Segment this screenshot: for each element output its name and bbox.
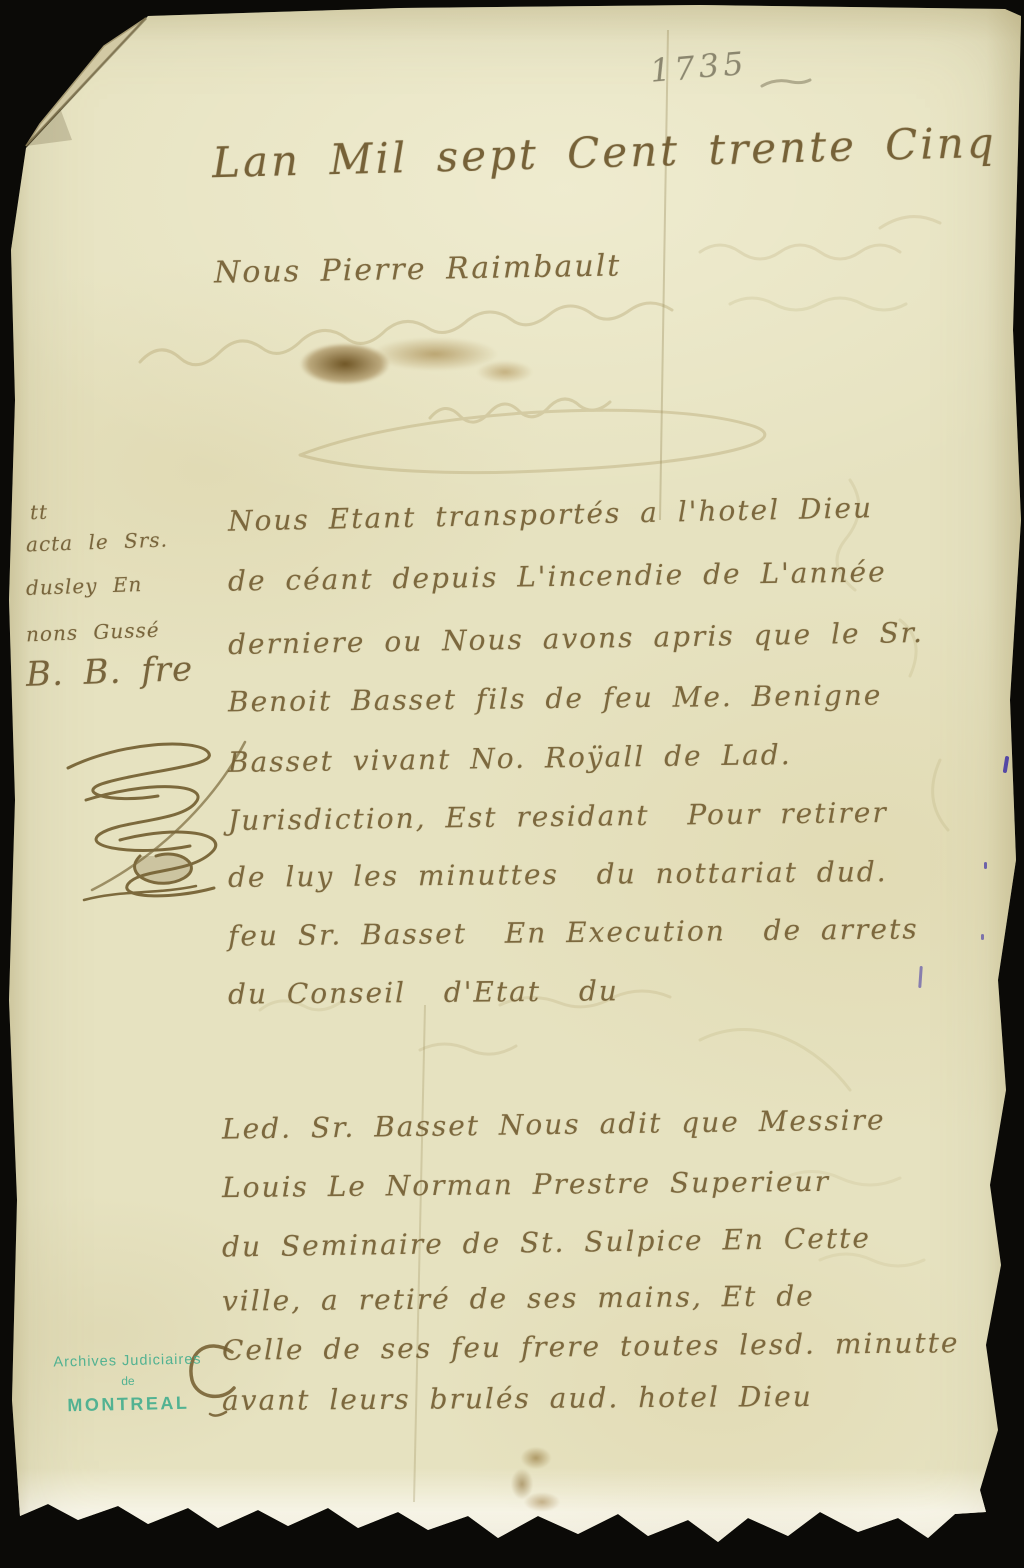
notary-paraph <box>68 742 245 900</box>
officer-name-line: Nous Pierre Raimbault <box>214 248 622 290</box>
handwriting-line: Celle de ses feu frere toutes lesd. minu… <box>222 1326 960 1367</box>
margin-note-line: acta le Srs. <box>26 528 169 557</box>
archive-stamp: Archives Judiciaires de MONTREAL <box>39 1348 216 1421</box>
stamp-line-3: MONTREAL <box>40 1389 217 1421</box>
document-page: 1735 Lan Mil sept Cent trente Cinq Nous … <box>0 0 1024 1568</box>
handwriting-line: Led. Sr. Basset Nous adit que Messire <box>222 1103 886 1145</box>
handwriting-line: Louis Le Norman Prestre Superieur <box>222 1165 830 1204</box>
handwriting-line: du Seminaire de St. Sulpice En Cette <box>222 1221 871 1263</box>
handwriting-line: de luy les minuttes du nottariat dud. <box>228 855 888 894</box>
stamp-line-1: Archives Judiciaires <box>39 1348 215 1374</box>
handwriting-line: ville, a retiré de ses mains, Et de <box>222 1279 815 1317</box>
handwriting-line: avant leurs brulés aud. hotel Dieu <box>222 1380 813 1417</box>
blue-ink-mark <box>1003 756 1010 773</box>
handwriting-line: du Conseil d'Etat du <box>228 974 619 1010</box>
blue-ink-mark <box>918 966 923 988</box>
pencil-dash <box>762 80 810 86</box>
ink-blot-stain <box>300 330 540 402</box>
opening-date-line: Lan Mil sept Cent trente Cinq <box>211 118 997 188</box>
margin-note-line: tt <box>30 500 49 525</box>
year-annotation: 1735 <box>649 44 749 90</box>
handwriting-line: Jurisdiction, Est residant Pour retirer <box>228 796 888 837</box>
blue-ink-mark <box>981 934 984 940</box>
handwriting-line: Basset vivant No. Roÿall de Lad. <box>228 738 792 779</box>
scan-background: 1735 Lan Mil sept Cent trente Cinq Nous … <box>0 0 1024 1568</box>
handwriting-line: derniere ou Nous avons apris que le Sr. <box>228 616 924 661</box>
margin-note-line: dusley En <box>26 572 143 600</box>
handwriting-line: feu Sr. Basset En Execution de arrets <box>228 912 919 952</box>
blue-ink-mark <box>984 862 987 869</box>
handwriting-line: Benoit Basset fils de feu Me. Benigne <box>228 679 883 719</box>
handwriting-line: Nous Etant transportés a l'hotel Dieu <box>228 491 874 538</box>
ink-smudge <box>492 1438 576 1522</box>
margin-note-initials: B. B. fre <box>25 649 193 695</box>
handwriting-line: de céant depuis L'incendie de L'année <box>228 555 887 597</box>
margin-note-line: nons Gussé <box>26 618 160 647</box>
